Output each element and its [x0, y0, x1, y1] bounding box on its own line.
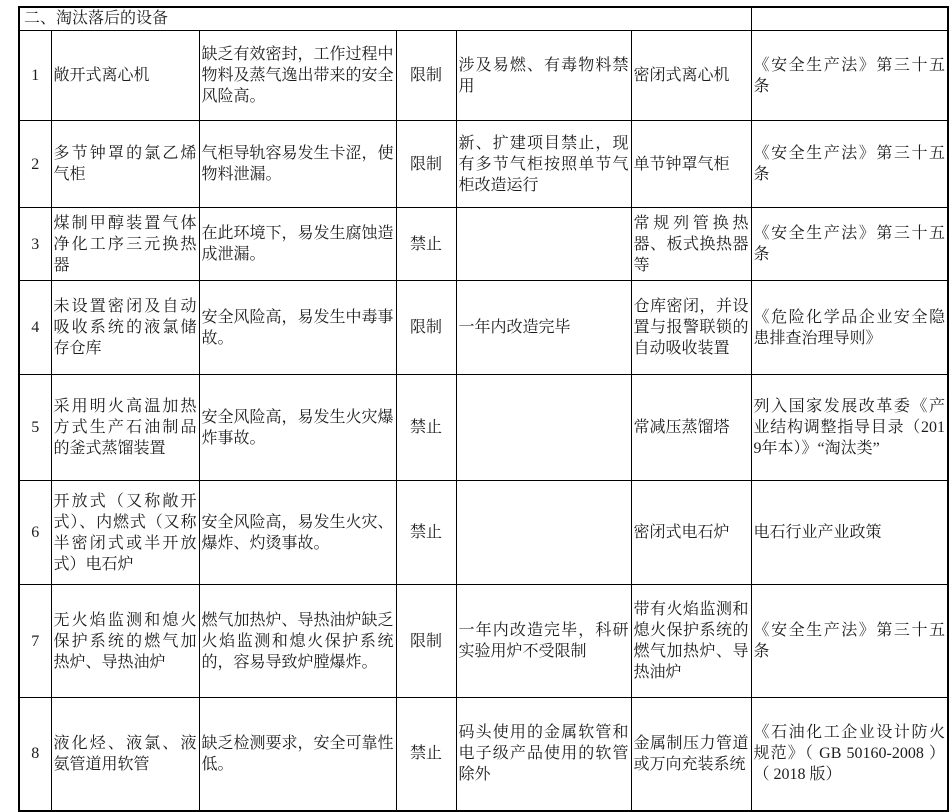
table-row: 2 多节钟罩的氯乙烯气柜 气柜导轨容易发生卡涩，使物料泄漏。 限制 新、扩建项目… — [19, 121, 948, 208]
cell-replacement: 密闭式电石炉 — [631, 481, 751, 585]
cell-basis: 《安全生产法》第三十五条 — [751, 585, 948, 698]
cell-index: 2 — [19, 121, 51, 208]
table-row: 8 液化烃、液氯、液氨管道用软管 缺乏检测要求，安全可靠性低。 禁止 码头使用的… — [19, 698, 948, 811]
table-row: 7 无火焰监测和熄火保护系统的燃气加热炉、导热油炉 燃气加热炉、导热油炉缺乏火焰… — [19, 585, 948, 698]
cell-reason: 安全风险高，易发生火灾、爆炸、灼烫事故。 — [199, 481, 396, 585]
cell-condition: 新、扩建项目禁止，现有多节气柜按照单节气柜改造运行 — [456, 121, 631, 208]
cell-basis: 《安全生产法》第三十五条 — [751, 31, 948, 121]
cell-reason: 安全风险高，易发生中毒事故。 — [199, 281, 396, 375]
cell-replacement: 常规列管换热器、板式换热器等 — [631, 208, 751, 281]
cell-policy: 限制 — [396, 585, 456, 698]
cell-reason: 安全风险高，易发生火灾爆炸事故。 — [199, 375, 396, 481]
cell-equipment: 未设置密闭及自动吸收系统的液氯储存仓库 — [51, 281, 199, 375]
cell-policy: 禁止 — [396, 481, 456, 585]
cell-basis: 列入国家发展改革委《产业结构调整指导目录（2019年本）》“淘汰类” — [751, 375, 948, 481]
cell-index: 1 — [19, 31, 51, 121]
cell-index: 3 — [19, 208, 51, 281]
cell-equipment: 采用明火高温加热方式生产石油制品的釜式蒸馏装置 — [51, 375, 199, 481]
table-row: 3 煤制甲醇装置气体净化工序三元换热器 在此环境下，易发生腐蚀造成泄漏。 禁止 … — [19, 208, 948, 281]
cell-basis: 《安全生产法》第三十五条 — [751, 121, 948, 208]
cell-condition — [456, 481, 631, 585]
cell-basis: 《安全生产法》第三十五条 — [751, 208, 948, 281]
cell-replacement: 带有火焰监测和熄火保护系统的燃气加热炉、导热油炉 — [631, 585, 751, 698]
cell-index: 7 — [19, 585, 51, 698]
cell-condition — [456, 375, 631, 481]
cell-reason: 气柜导轨容易发生卡涩，使物料泄漏。 — [199, 121, 396, 208]
cell-policy: 限制 — [396, 281, 456, 375]
table-row: 1 敞开式离心机 缺乏有效密封，工作过程中物料及蒸气逸出带来的安全风险高。 限制… — [19, 31, 948, 121]
cell-equipment: 液化烃、液氯、液氨管道用软管 — [51, 698, 199, 811]
cell-replacement: 金属制压力管道或万向充装系统 — [631, 698, 751, 811]
section-header-row: 二、淘汰落后的设备 — [19, 7, 948, 31]
section-header-empty-cell — [751, 7, 948, 31]
cell-replacement: 密闭式离心机 — [631, 31, 751, 121]
table-row: 6 开放式（又称敞开式）、内燃式（又称半密闭式或半开放式）电石炉 安全风险高，易… — [19, 481, 948, 585]
cell-index: 4 — [19, 281, 51, 375]
cell-policy: 限制 — [396, 31, 456, 121]
cell-equipment: 煤制甲醇装置气体净化工序三元换热器 — [51, 208, 199, 281]
cell-reason: 在此环境下，易发生腐蚀造成泄漏。 — [199, 208, 396, 281]
equipment-table: 二、淘汰落后的设备 1 敞开式离心机 缺乏有效密封，工作过程中物料及蒸气逸出带来… — [18, 6, 949, 812]
cell-index: 5 — [19, 375, 51, 481]
cell-replacement: 单节钟罩气柜 — [631, 121, 751, 208]
cell-replacement: 仓库密闭，并设置与报警联锁的自动吸收装置 — [631, 281, 751, 375]
table-row: 4 未设置密闭及自动吸收系统的液氯储存仓库 安全风险高，易发生中毒事故。 限制 … — [19, 281, 948, 375]
cell-policy: 限制 — [396, 121, 456, 208]
cell-reason: 缺乏检测要求，安全可靠性低。 — [199, 698, 396, 811]
cell-basis: 《石油化工企业设计防火规范》（ GB 50160-2008 ）（ 2018 版） — [751, 698, 948, 811]
section-title: 二、淘汰落后的设备 — [19, 7, 751, 31]
cell-condition — [456, 208, 631, 281]
cell-reason: 燃气加热炉、导热油炉缺乏火焰监测和熄火保护系统的，容易导致炉膛爆炸。 — [199, 585, 396, 698]
cell-equipment: 无火焰监测和熄火保护系统的燃气加热炉、导热油炉 — [51, 585, 199, 698]
cell-basis: 《危险化学品企业安全隐患排查治理导则》 — [751, 281, 948, 375]
cell-equipment: 多节钟罩的氯乙烯气柜 — [51, 121, 199, 208]
cell-policy: 禁止 — [396, 375, 456, 481]
cell-basis: 电石行业产业政策 — [751, 481, 948, 585]
cell-condition: 一年内改造完毕，科研实验用炉不受限制 — [456, 585, 631, 698]
cell-policy: 禁止 — [396, 698, 456, 811]
cell-replacement: 常减压蒸馏塔 — [631, 375, 751, 481]
cell-equipment: 敞开式离心机 — [51, 31, 199, 121]
cell-condition: 一年内改造完毕 — [456, 281, 631, 375]
cell-condition: 码头使用的金属软管和电子级产品使用的软管除外 — [456, 698, 631, 811]
cell-policy: 禁止 — [396, 208, 456, 281]
cell-condition: 涉及易燃、有毒物料禁用 — [456, 31, 631, 121]
cell-index: 6 — [19, 481, 51, 585]
table-row: 5 采用明火高温加热方式生产石油制品的釜式蒸馏装置 安全风险高，易发生火灾爆炸事… — [19, 375, 948, 481]
cell-reason: 缺乏有效密封，工作过程中物料及蒸气逸出带来的安全风险高。 — [199, 31, 396, 121]
document-body: 二、淘汰落后的设备 1 敞开式离心机 缺乏有效密封，工作过程中物料及蒸气逸出带来… — [18, 6, 948, 812]
cell-equipment: 开放式（又称敞开式）、内燃式（又称半密闭式或半开放式）电石炉 — [51, 481, 199, 585]
cell-index: 8 — [19, 698, 51, 811]
